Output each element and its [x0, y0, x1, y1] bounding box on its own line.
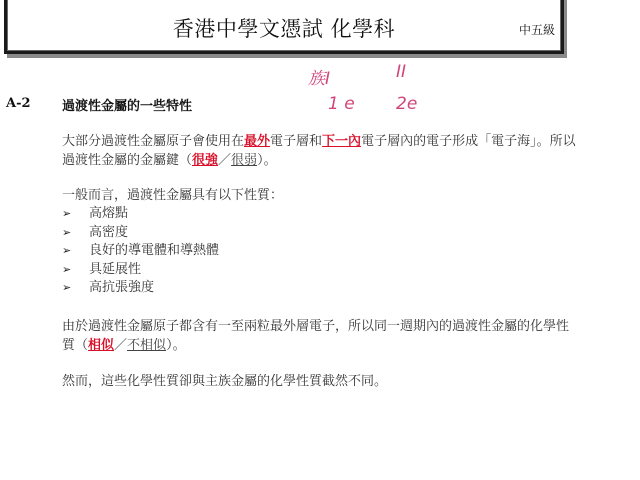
list-item-text: 良好的導電體和導熱體 [89, 242, 219, 261]
paragraph-4: 然而，這些化學性質卻與主族金屬的化學性質截然不同。 [62, 372, 387, 391]
list-item-text: 高抗張強度 [89, 279, 154, 298]
paragraph-1: 大部分過渡性金屬原子會使用在最外電子層和下一內電子層內的電子形成「電子海」。所以… [62, 132, 576, 170]
section-title: 過渡性金屬的一些特性 [62, 95, 192, 114]
page-title: 香港中學文憑試 化學科 [7, 13, 561, 43]
handwritten-group-2: II [396, 62, 406, 82]
paragraph-1-line-2: 過渡性金屬的金屬鍵（很強／很弱）。 [62, 151, 576, 170]
text: ）。 [166, 338, 186, 353]
properties-intro: 一般而言，過渡性金屬具有以下性質： [62, 186, 283, 205]
grade-level: 中五級 [519, 21, 555, 38]
paragraph-3-line-1: 由於過渡性金屬原子都含有一至兩粒最外層電子，所以同一週期內的過渡性金屬的化學性 [62, 317, 569, 336]
header-box: 香港中學文憑試 化學科 中五級 [4, 0, 564, 54]
text: 過渡性金屬的金屬鍵（ [62, 153, 192, 168]
choice-weak: 很弱 [231, 153, 257, 168]
text: 電子層和 [270, 134, 322, 149]
paragraph-3: 由於過渡性金屬原子都含有一至兩粒最外層電子，所以同一週期內的過渡性金屬的化學性 … [62, 317, 569, 355]
separator: ／ [114, 338, 127, 353]
list-item: ➢高密度 [62, 224, 219, 243]
choice-not-similar: 不相似 [127, 338, 166, 353]
list-item-text: 具延展性 [89, 261, 141, 280]
arrow-bullet-icon: ➢ [62, 242, 89, 261]
arrow-bullet-icon: ➢ [62, 261, 89, 280]
handwritten-electrons-2: 2e [396, 94, 417, 114]
list-item-text: 高密度 [89, 224, 128, 243]
arrow-bullet-icon: ➢ [62, 205, 89, 224]
text: 質（ [62, 338, 88, 353]
arrow-bullet-icon: ➢ [62, 279, 89, 298]
list-item: ➢高熔點 [62, 205, 219, 224]
list-item-text: 高熔點 [89, 205, 128, 224]
handwritten-electrons-1: 1 e [328, 94, 355, 114]
paragraph-3-line-2: 質（相似／不相似）。 [62, 336, 569, 355]
handwritten-group-1: 族I [308, 64, 330, 89]
choice-similar: 相似 [88, 338, 114, 353]
answer-next-inner: 下一內 [322, 134, 361, 149]
text: 大部分過渡性金屬原子會使用在 [62, 134, 244, 149]
properties-list: ➢高熔點 ➢高密度 ➢良好的導電體和導熱體 ➢具延展性 ➢高抗張強度 [62, 205, 219, 298]
separator: ／ [218, 153, 231, 168]
list-item: ➢具延展性 [62, 261, 219, 280]
section-number: A-2 [6, 96, 31, 111]
arrow-bullet-icon: ➢ [62, 224, 89, 243]
paragraph-1-line-1: 大部分過渡性金屬原子會使用在最外電子層和下一內電子層內的電子形成「電子海」。所以 [62, 132, 576, 151]
choice-strong: 很強 [192, 153, 218, 168]
list-item: ➢良好的導電體和導熱體 [62, 242, 219, 261]
list-item: ➢高抗張強度 [62, 279, 219, 298]
text: ）。 [257, 153, 277, 168]
text: 電子層內的電子形成「電子海」。所以 [361, 134, 576, 149]
answer-outermost: 最外 [244, 134, 270, 149]
